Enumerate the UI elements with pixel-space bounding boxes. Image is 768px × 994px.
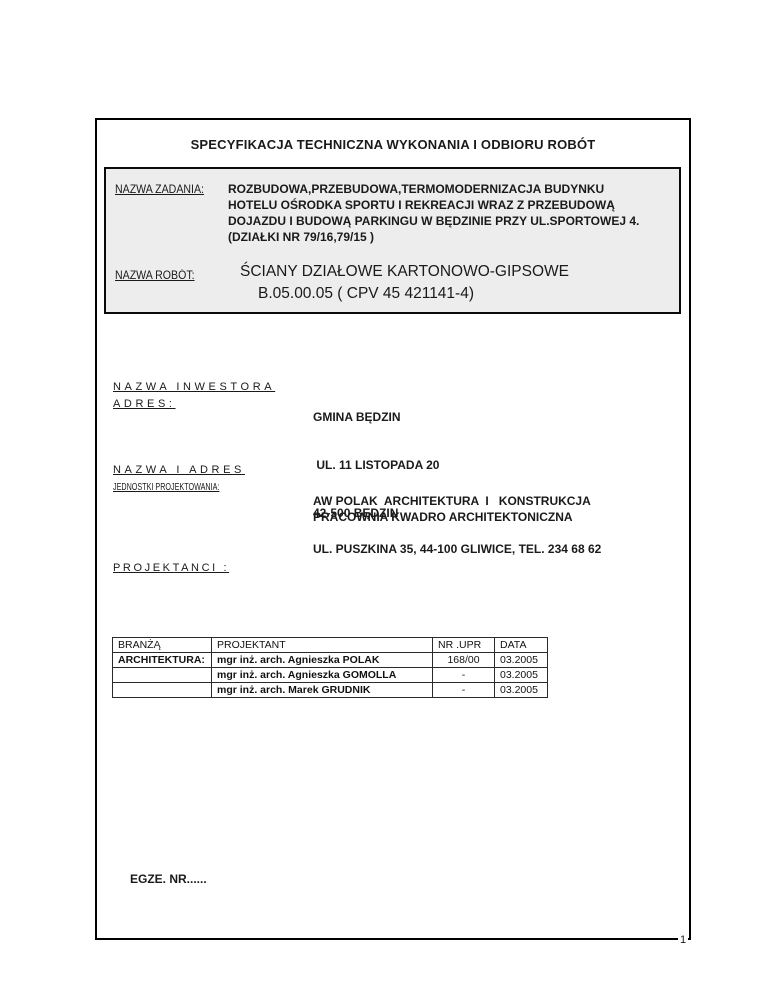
cell-license-number: 168/00	[433, 653, 495, 668]
cell-branch	[113, 668, 212, 683]
table-row: mgr inż. arch. Agnieszka GOMOLLA - 03.20…	[113, 668, 548, 683]
works-name: ŚCIANY DZIAŁOWE KARTONOWO-GIPSOWE	[240, 261, 569, 283]
cell-license-number: -	[433, 683, 495, 698]
table-row: ARCHITEKTURA: mgr inż. arch. Agnieszka P…	[113, 653, 548, 668]
cell-date: 03.2005	[495, 668, 548, 683]
cell-date: 03.2005	[495, 683, 548, 698]
document-page: SPECYFIKACJA TECHNICZNA WYKONANIA I ODBI…	[0, 0, 768, 994]
table-header-row: BRANŻĄ PROJEKTANT NR .UPR DATA	[113, 638, 548, 653]
task-line: ROZBUDOWA,PRZEBUDOWA,TERMOMODERNIZACJA B…	[228, 181, 639, 197]
cell-designer: mgr inż. arch. Agnieszka GOMOLLA	[212, 668, 433, 683]
cell-designer: mgr inż. arch. Marek GRUDNIK	[212, 683, 433, 698]
design-unit-value-block: AW POLAK ARCHITEKTURA I KONSTRUKCJA UL. …	[313, 461, 601, 589]
works-name-value: ŚCIANY DZIAŁOWE KARTONOWO-GIPSOWE B.05.0…	[240, 261, 569, 305]
task-name-value: ROZBUDOWA,PRZEBUDOWA,TERMOMODERNIZACJA B…	[228, 181, 639, 245]
header-date: DATA	[495, 638, 548, 653]
designers-table: BRANŻĄ PROJEKTANT NR .UPR DATA ARCHITEKT…	[112, 637, 548, 698]
cell-branch	[113, 683, 212, 698]
cell-designer: mgr inż. arch. Agnieszka POLAK	[212, 653, 433, 668]
design-unit-name: AW POLAK ARCHITEKTURA I KONSTRUKCJA	[313, 493, 601, 509]
task-info-box: NAZWA ZADANIA: ROZBUDOWA,PRZEBUDOWA,TERM…	[104, 167, 681, 314]
page-number: 1	[678, 934, 688, 946]
design-studio-name: PRACOWNIA KWADRO ARCHITEKTONICZNA	[313, 510, 573, 524]
table-row: mgr inż. arch. Marek GRUDNIK - 03.2005	[113, 683, 548, 698]
investor-name: GMINA BĘDZIN	[313, 409, 439, 425]
investor-label-block: NAZWA INWESTORA ADRES:	[113, 379, 275, 412]
copy-number: EGZE. NR......	[130, 872, 207, 886]
cell-license-number: -	[433, 668, 495, 683]
header-designer: PROJEKTANT	[212, 638, 433, 653]
design-unit-label-block: NAZWA I ADRES JEDNOSTKI PROJEKTOWANIA:	[113, 463, 261, 495]
works-name-label: NAZWA ROBÓT:	[115, 270, 195, 282]
task-name-label: NAZWA ZADANIA:	[115, 184, 204, 196]
task-line: (DZIAŁKI NR 79/16,79/15 )	[228, 229, 639, 245]
investor-name-label: NAZWA INWESTORA	[113, 379, 275, 396]
investor-address-label: ADRES:	[113, 396, 275, 413]
cell-date: 03.2005	[495, 653, 548, 668]
design-unit-sub-label: JEDNOSTKI PROJEKTOWANIA:	[113, 480, 219, 495]
task-line: HOTELU OŚRODKA SPORTU I REKREACJI WRAZ Z…	[228, 197, 639, 213]
header-branch: BRANŻĄ	[113, 638, 212, 653]
task-line: DOJAZDU I BUDOWĄ PARKINGU W BĘDZINIE PRZ…	[228, 213, 639, 229]
design-unit-address: UL. PUSZKINA 35, 44-100 GLIWICE, TEL. 23…	[313, 541, 601, 557]
works-code: B.05.00.05 ( CPV 45 421141-4)	[240, 283, 569, 305]
cell-branch: ARCHITEKTURA:	[113, 653, 212, 668]
designers-heading: PROJEKTANCI :	[113, 562, 229, 574]
header-license-number: NR .UPR	[433, 638, 495, 653]
document-title: SPECYFIKACJA TECHNICZNA WYKONANIA I ODBI…	[95, 137, 691, 152]
design-unit-name-label: NAZWA I ADRES	[113, 463, 261, 478]
